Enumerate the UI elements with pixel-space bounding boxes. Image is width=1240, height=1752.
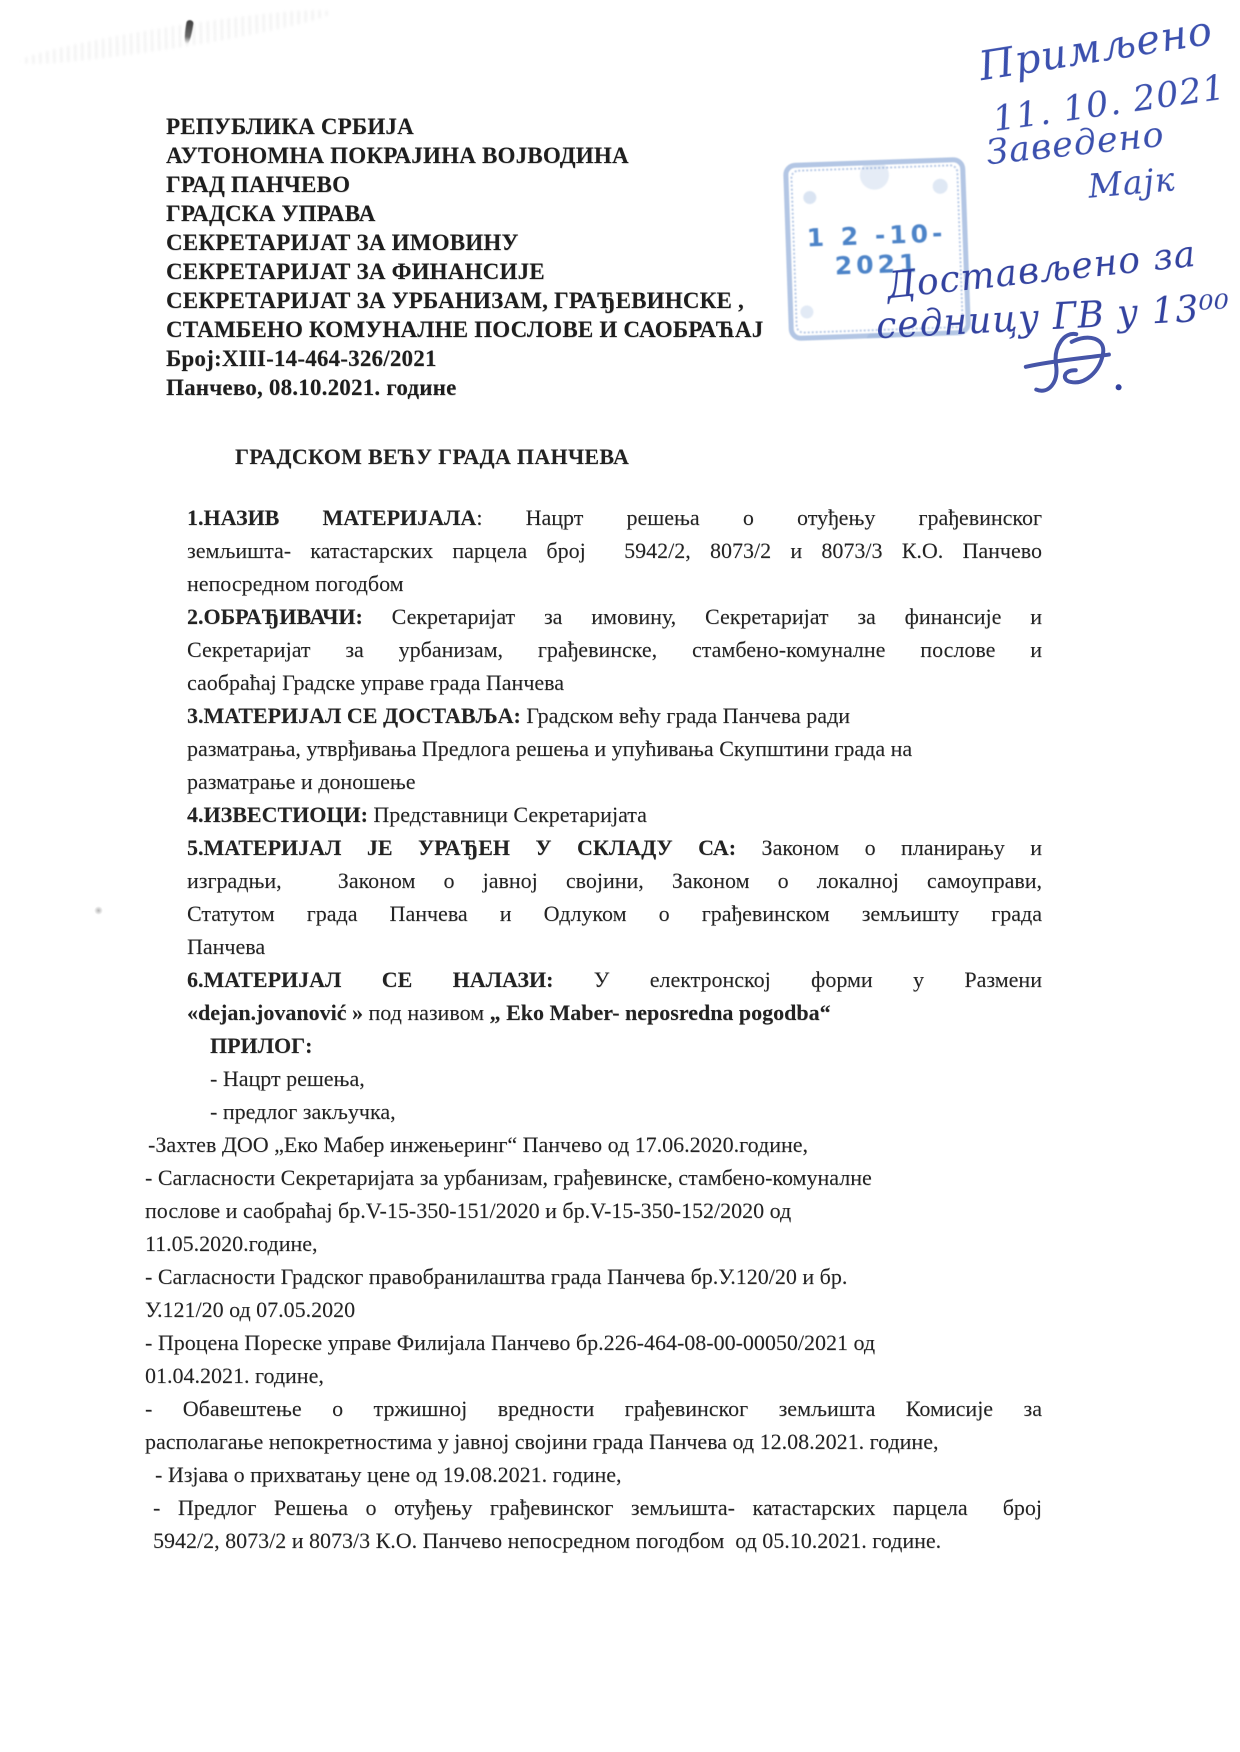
text-line: 6.МАТЕРИЈАЛ СЕ НАЛАЗИ: У електронској фо… xyxy=(187,963,1042,996)
text: -Захтев ДОО „Еко Мабер инжењеринг“ Панче… xyxy=(148,1132,808,1157)
text-line: располагање непокретностима у јавној сво… xyxy=(145,1425,1042,1458)
attachment-izjava: - Изјава о прихватању цене од 19.08.2021… xyxy=(155,1458,1042,1491)
text-line: 4.ИЗВЕСТИОЦИ: Представници Секретаријата xyxy=(187,798,1042,831)
text: саобраћај Градске управе града Панчева xyxy=(187,670,564,695)
text: Законом о планирању и xyxy=(736,835,1042,860)
letterhead-line: СЕКРЕТАРИЈАТ ЗА ФИНАНСИЈЕ xyxy=(166,257,763,286)
text: под називом xyxy=(363,1000,490,1025)
text-line: Секретаријат за урбанизам, грађевинске, … xyxy=(187,633,1042,666)
text: У.121/20 од 07.05.2020 xyxy=(145,1297,355,1322)
bold-text: ПРИЛОГ: xyxy=(210,1033,313,1058)
text: разматрања, утврђивања Предлога решења и… xyxy=(187,736,912,761)
text-line: - Обавештење о тржишној вредности грађев… xyxy=(145,1392,1042,1425)
bold-text: 5.МАТЕРИЈАЛ ЈЕ УРАЂЕН У СКЛАДУ СА: xyxy=(187,835,736,860)
text-line: - Сагласности Градског правобранилаштва … xyxy=(145,1260,1042,1293)
item-1-naziv-materijala: 1.НАЗИВ МАТЕРИЈАЛА: Нацрт решења о отуђе… xyxy=(187,501,1042,600)
text-line: 11.05.2020.године, xyxy=(145,1227,1042,1260)
bold-text: „ Eko Maber- neposredna pogodba“ xyxy=(490,1000,831,1025)
bold-text: 1.НАЗИВ МАТЕРИЈАЛА xyxy=(187,505,476,530)
bold-text: 3.МАТЕРИЈАЛ СЕ ДОСТАВЉА: xyxy=(187,703,521,728)
text: - Сагласности Градског правобранилаштва … xyxy=(145,1264,847,1289)
text: - Изјава о прихватању цене од 19.08.2021… xyxy=(155,1462,622,1487)
text-line: - Процена Пореске управе Филијала Панчев… xyxy=(145,1326,1042,1359)
text-line: У.121/20 од 07.05.2020 xyxy=(145,1293,1042,1326)
scan-smudge-artifact xyxy=(18,1,333,72)
prilog-heading: ПРИЛОГ: xyxy=(210,1029,1042,1062)
bold-text: 4.ИЗВЕСТИОЦИ: xyxy=(187,802,368,827)
attachment-nacrt-resenja: - Нацрт решења, xyxy=(210,1062,1042,1095)
text-line: 2.ОБРАЂИВАЧИ: Секретаријат за имовину, С… xyxy=(187,600,1042,633)
text-line: ПРИЛОГ: xyxy=(210,1029,1042,1062)
text-line: непосредном погодбом xyxy=(187,567,1042,600)
text: - предлог закључка, xyxy=(210,1099,396,1124)
text-line: послове и саобраћај бр.V-15-350-151/2020… xyxy=(145,1194,1042,1227)
text-line: - Сагласности Секретаријата за урбанизам… xyxy=(145,1161,1042,1194)
text-line: - Нацрт решења, xyxy=(210,1062,1042,1095)
text-line: земљишта- катастарских парцела број 5942… xyxy=(187,534,1042,567)
text-line: - Изјава о прихватању цене од 19.08.2021… xyxy=(155,1458,1042,1491)
text: У електронској форми у Размени xyxy=(553,967,1042,992)
text-line: Панчева xyxy=(187,930,1042,963)
text-line: 5.МАТЕРИЈАЛ ЈЕ УРАЂЕН У СКЛАДУ СА: Закон… xyxy=(187,831,1042,864)
text: Градском већу града Панчева ради xyxy=(521,703,850,728)
text: Панчева xyxy=(187,934,265,959)
text-line: - Предлог Решења о отуђењу грађевинског … xyxy=(153,1491,1042,1524)
text-line: 1.НАЗИВ МАТЕРИЈАЛА: Нацрт решења о отуђе… xyxy=(187,501,1042,534)
letterhead-line: ГРАДСКА УПРАВА xyxy=(166,199,763,228)
letterhead: РЕПУБЛИКА СРБИЈААУТОНОМНА ПОКРАЈИНА ВОЈВ… xyxy=(166,112,763,402)
document-body: ГРАДСКОМ ВЕЋУ ГРАДА ПАНЧЕВА1.НАЗИВ МАТЕР… xyxy=(145,440,1042,1557)
item-2-obradjivaci: 2.ОБРАЂИВАЧИ: Секретаријат за имовину, С… xyxy=(187,600,1042,699)
item-3-materijal-se-dostavlja: 3.МАТЕРИЈАЛ СЕ ДОСТАВЉА: Градском већу г… xyxy=(187,699,1042,798)
text: 01.04.2021. године, xyxy=(145,1363,324,1388)
handwritten-signature-name: Мајк xyxy=(1086,159,1176,205)
text: - Нацрт решења, xyxy=(210,1066,365,1091)
text-line: саобраћај Градске управе града Панчева xyxy=(187,666,1042,699)
bold-text: 2.ОБРАЂИВАЧИ: xyxy=(187,604,363,629)
attachment-obavestenje: - Обавештење о тржишној вредности грађев… xyxy=(145,1392,1042,1458)
attachment-predlog-zakljucka: - предлог закључка, xyxy=(210,1095,1042,1128)
text: : Нацрт решења о отуђењу грађевинског xyxy=(476,505,1042,530)
text-line: 5942/2, 8073/2 и 8073/3 К.О. Панчево неп… xyxy=(153,1524,1042,1557)
letterhead-line: Панчево, 08.10.2021. године xyxy=(166,373,763,402)
text: - Сагласности Секретаријата за урбанизам… xyxy=(145,1165,872,1190)
text: изградњи, Законом о јавној својини, Зако… xyxy=(187,868,1042,893)
text-line: ГРАДСКОМ ВЕЋУ ГРАДА ПАНЧЕВА xyxy=(235,440,1042,473)
text-line: разматрања, утврђивања Предлога решења и… xyxy=(187,732,1042,765)
attachment-saglasnosti-sekretarijata: - Сагласности Секретаријата за урбанизам… xyxy=(145,1161,1042,1260)
letterhead-line: РЕПУБЛИКА СРБИЈА xyxy=(166,112,763,141)
text-line: Статутом града Панчева и Одлуком о грађе… xyxy=(187,897,1042,930)
text-line: «dejan.jovanović » под називом „ Eko Mab… xyxy=(187,996,1042,1029)
text: послове и саобраћај бр.V-15-350-151/2020… xyxy=(145,1198,791,1223)
text-line: изградњи, Законом о јавној својини, Зако… xyxy=(187,864,1042,897)
text: Секретаријат за урбанизам, грађевинске, … xyxy=(187,637,1042,662)
attachment-procena-poreske-uprave: - Процена Пореске управе Филијала Панчев… xyxy=(145,1326,1042,1392)
attachment-zahtev-doo: -Захтев ДОО „Еко Мабер инжењеринг“ Панче… xyxy=(148,1128,1042,1161)
signature-squiggle xyxy=(1009,322,1134,410)
recipient-heading: ГРАДСКОМ ВЕЋУ ГРАДА ПАНЧЕВА xyxy=(235,440,1042,473)
scan-dot-artifact xyxy=(94,906,103,915)
letterhead-line: АУТОНОМНА ПОКРАЈИНА ВОЈВОДИНА xyxy=(166,141,763,170)
attachment-saglasnosti-pravobranilastva: - Сагласности Градског правобранилаштва … xyxy=(145,1260,1042,1326)
text-line: разматрање и доношење xyxy=(187,765,1042,798)
text-line: 3.МАТЕРИЈАЛ СЕ ДОСТАВЉА: Градском већу г… xyxy=(187,699,1042,732)
item-5-uradjen-u-skladu-sa: 5.МАТЕРИЈАЛ ЈЕ УРАЂЕН У СКЛАДУ СА: Закон… xyxy=(187,831,1042,963)
scanned-document-page: РЕПУБЛИКА СРБИЈААУТОНОМНА ПОКРАЈИНА ВОЈВ… xyxy=(0,0,1240,1752)
text: - Предлог Решења о отуђењу грађевинског … xyxy=(153,1495,1042,1520)
text: - Процена Пореске управе Филијала Панчев… xyxy=(145,1330,875,1355)
text-line: 01.04.2021. године, xyxy=(145,1359,1042,1392)
bold-text: ГРАДСКОМ ВЕЋУ ГРАДА ПАНЧЕВА xyxy=(235,444,629,469)
text: Статутом града Панчева и Одлуком о грађе… xyxy=(187,901,1042,926)
text-line: -Захтев ДОО „Еко Мабер инжењеринг“ Панче… xyxy=(148,1128,1042,1161)
text: 5942/2, 8073/2 и 8073/3 К.О. Панчево неп… xyxy=(153,1528,941,1553)
letterhead-line: ГРАД ПАНЧЕВО xyxy=(166,170,763,199)
text: 11.05.2020.године, xyxy=(145,1231,318,1256)
attachment-predlog-resenja: - Предлог Решења о отуђењу грађевинског … xyxy=(153,1491,1042,1557)
letterhead-line: СЕКРЕТАРИЈАТ ЗА ИМОВИНУ xyxy=(166,228,763,257)
text-line: - предлог закључка, xyxy=(210,1095,1042,1128)
bold-text: 6.МАТЕРИЈАЛ СЕ НАЛАЗИ: xyxy=(187,967,553,992)
text: непосредном погодбом xyxy=(187,571,404,596)
text: разматрање и доношење xyxy=(187,769,416,794)
letterhead-line: СЕКРЕТАРИЈАТ ЗА УРБАНИЗАМ, ГРАЂЕВИНСКЕ , xyxy=(166,286,763,315)
text: - Обавештење о тржишној вредности грађев… xyxy=(145,1396,1042,1421)
text: располагање непокретностима у јавној сво… xyxy=(145,1429,938,1454)
item-6-materijal-se-nalazi: 6.МАТЕРИЈАЛ СЕ НАЛАЗИ: У електронској фо… xyxy=(187,963,1042,1029)
text: Секретаријат за имовину, Секретаријат за… xyxy=(363,604,1042,629)
item-4-izvestioci: 4.ИЗВЕСТИОЦИ: Представници Секретаријата xyxy=(187,798,1042,831)
bold-text: «dejan.jovanović » xyxy=(187,1000,363,1025)
text: Представници Секретаријата xyxy=(368,802,647,827)
letterhead-line: СТАМБЕНО КОМУНАЛНЕ ПОСЛОВЕ И САОБРАЋАЈ xyxy=(166,315,763,344)
text: земљишта- катастарских парцела број 5942… xyxy=(187,538,1042,563)
letterhead-line: Број:XIII-14-464-326/2021 xyxy=(166,344,763,373)
